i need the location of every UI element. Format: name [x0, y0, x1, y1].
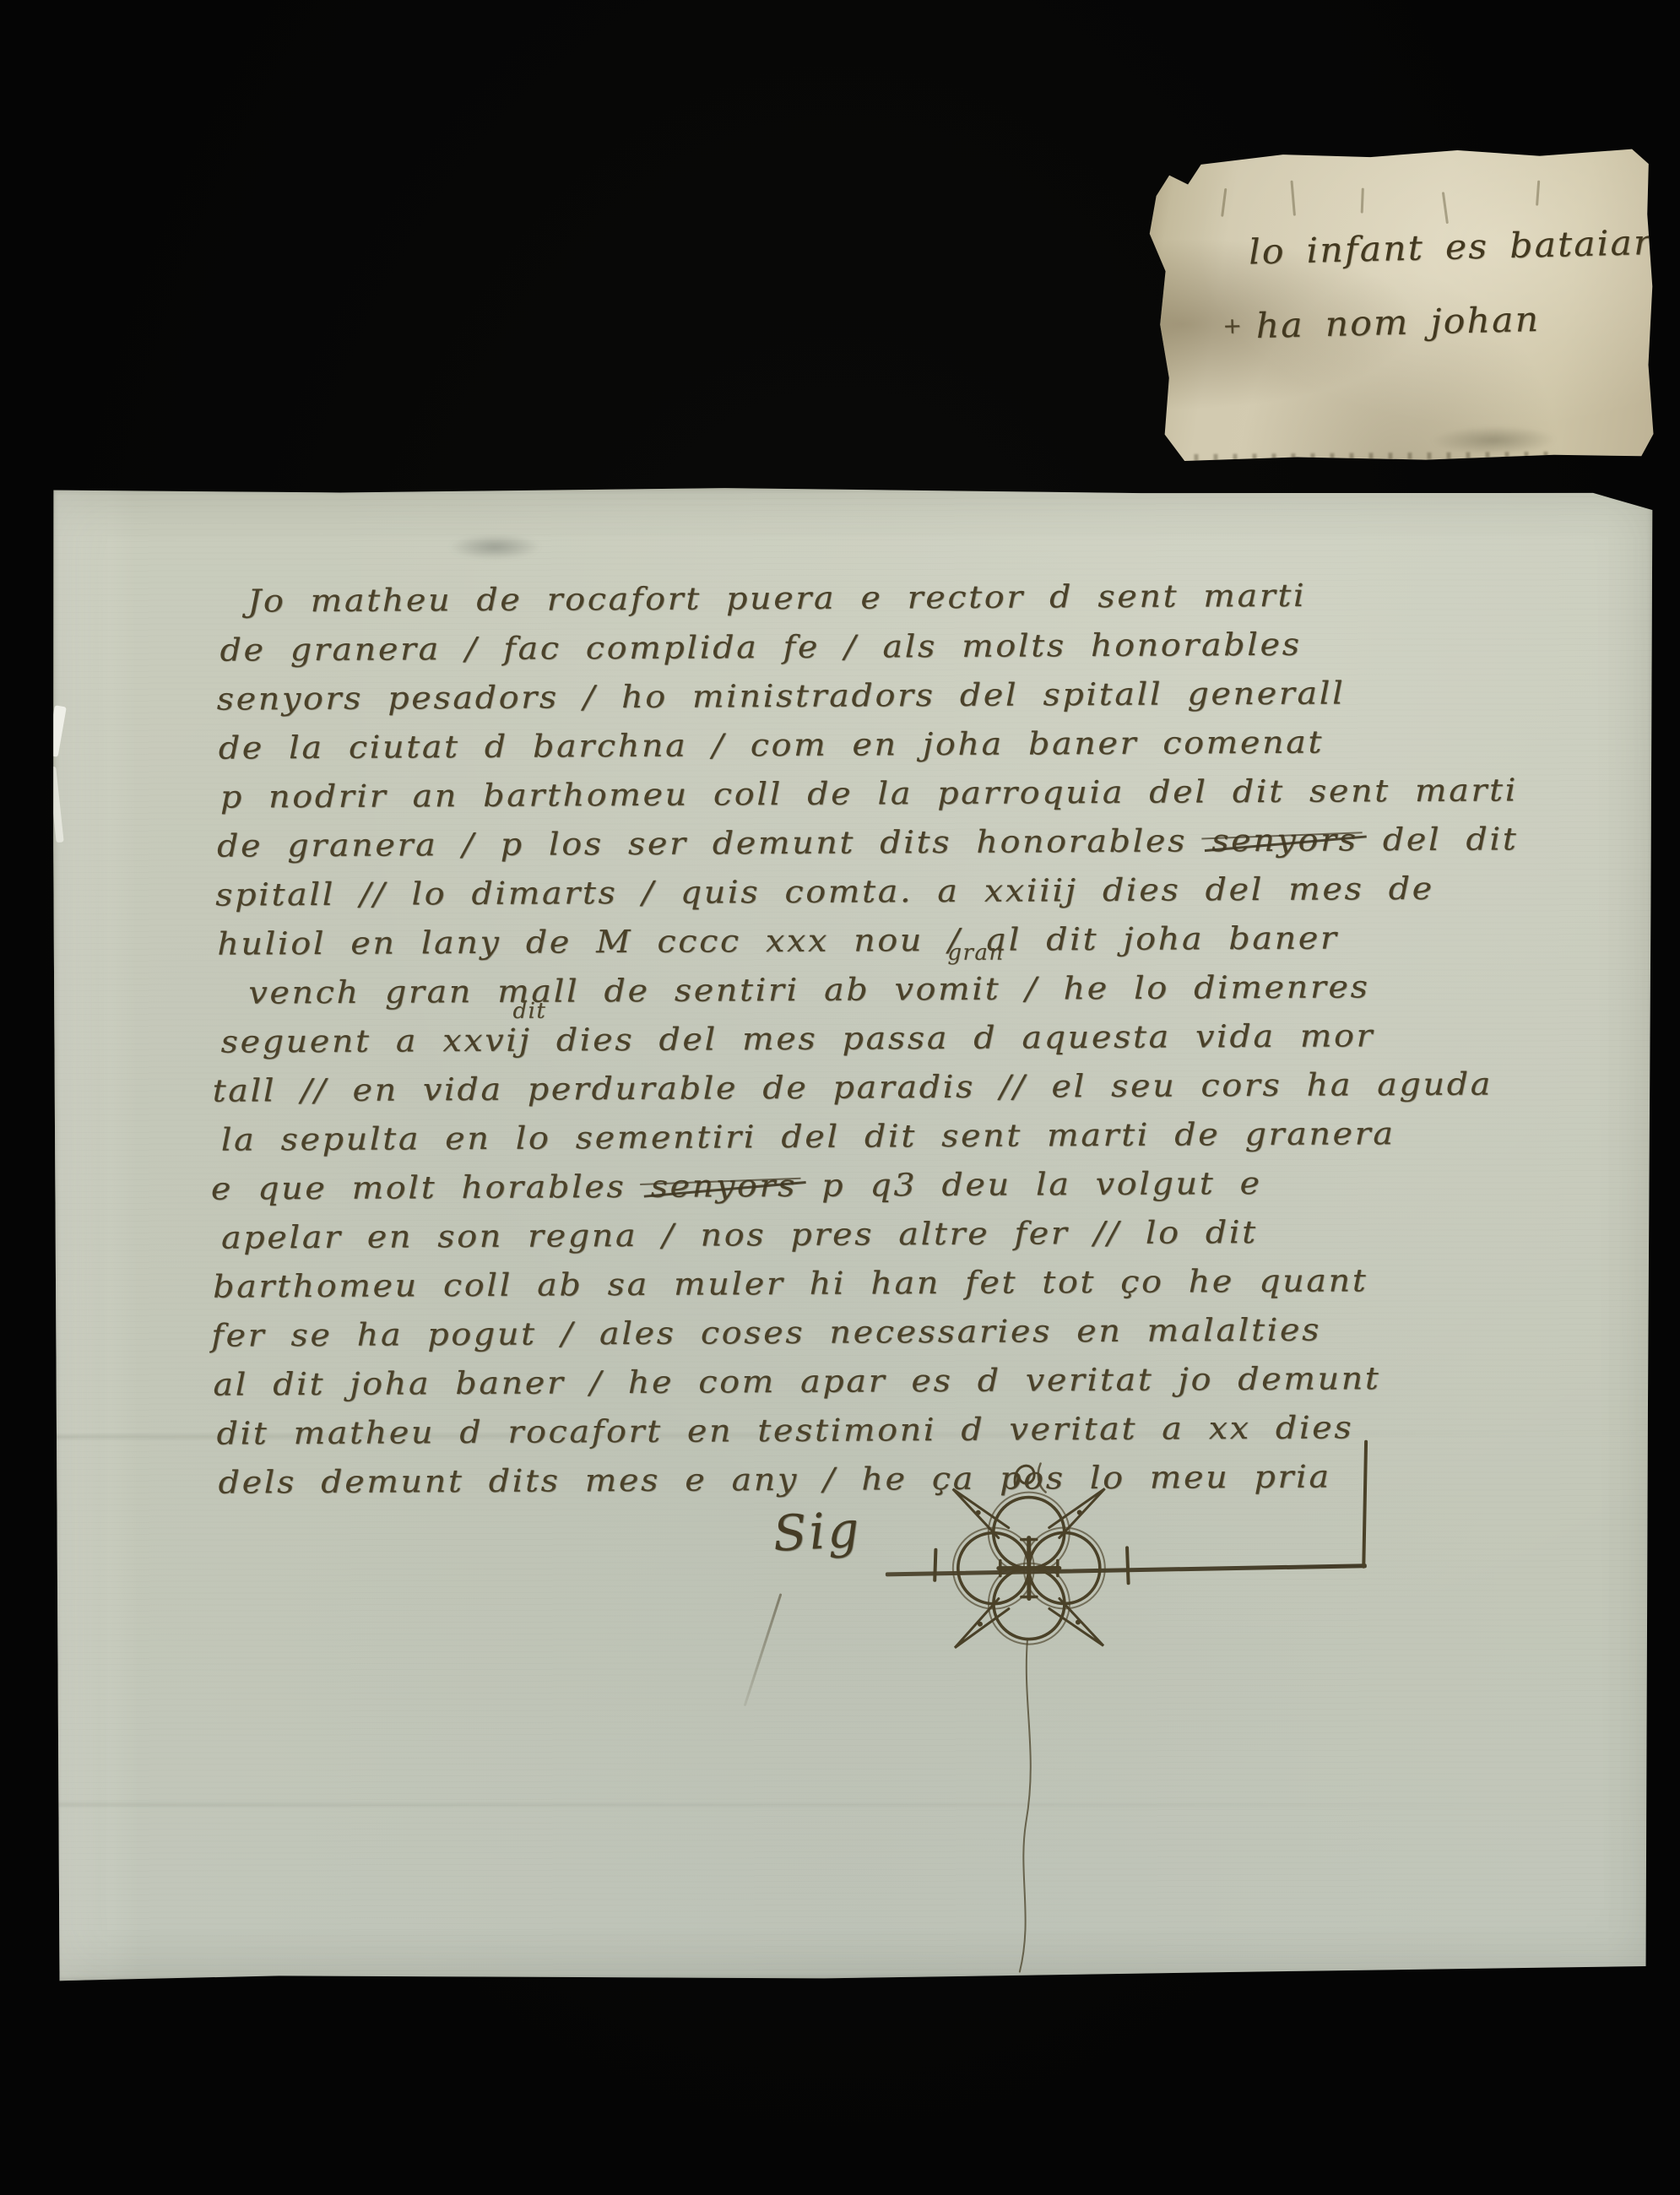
slip-bleed-mark: [1221, 188, 1227, 217]
manuscript-line: la sepulta en lo sementiri del dit sent …: [221, 1108, 1519, 1164]
slip-cross-mark: +: [1222, 313, 1244, 339]
manuscript-text: la sepulta en lo sementiri del dit sent …: [221, 1115, 1395, 1157]
manuscript-text: senyors pesadors / ho ministradors del s…: [217, 675, 1346, 717]
manuscript-text: tall // en vida perdurable de paradis //…: [213, 1065, 1493, 1108]
photograph-black-background: lo infant es bataiar he +ha nom johan Jo…: [0, 0, 1680, 2195]
manuscript-line: dels demunt dits mes e any / he ça pos l…: [218, 1451, 1520, 1507]
manuscript-line: Jo matheu de rocafort puera e rector d s…: [247, 570, 1515, 626]
slip-bleed-mark: [1536, 181, 1540, 206]
paper-slip: lo infant es bataiar he +ha nom johan: [1139, 145, 1656, 466]
manuscript-text: p q3 deu la volgut e: [797, 1165, 1262, 1204]
slip-text-line: +ha nom johan: [1222, 299, 1541, 347]
manuscript-line: spitall // lo dimarts / quis comta. a xx…: [215, 864, 1519, 919]
manuscript-text: huliol en lany de M cccc xxx nou / al di…: [217, 919, 1338, 962]
signum-tick-mark: [933, 1548, 937, 1582]
manuscript-line: p nodrir an barthomeu coll de la parroqu…: [220, 766, 1518, 821]
interlinear-word: gran: [947, 940, 1004, 966]
torn-edge-fiber: [48, 767, 64, 843]
manuscript-text: de granera / p los ser demunt dits honor…: [217, 822, 1211, 864]
manuscript-text: de granera / fac complida fe / als molts…: [219, 626, 1301, 669]
manuscript-text: Jo matheu de rocafort puera e rector d s…: [247, 577, 1306, 620]
slip-bleed-mark: [1442, 192, 1449, 224]
manuscript-line: senyors pesadors / ho ministradors del s…: [217, 668, 1519, 724]
signum-tick-mark: [1125, 1546, 1130, 1585]
manuscript-page: Jo matheu de rocafort puera e rector d s…: [51, 485, 1657, 1982]
manuscript-text: del dit: [1358, 821, 1518, 858]
manuscript-text: de la ciutat d barchna / com en joha ban…: [219, 724, 1325, 767]
manuscript-text: p nodrir an barthomeu coll de la parroqu…: [220, 772, 1518, 815]
manuscript-text: apelar en son regna / nos pres altre fer…: [221, 1214, 1258, 1256]
slip-bleed-mark: [1361, 188, 1364, 214]
slip-bleed-mark: [1290, 181, 1296, 216]
manuscript-text: barthomeu coll ab sa muler hi han fet to…: [213, 1262, 1368, 1304]
manuscript-text: e que molt horables: [211, 1168, 651, 1207]
slip-stain: [1430, 425, 1557, 455]
manuscript-text: seguent a xxvij dies del mes passa d aqu…: [220, 1017, 1374, 1060]
manuscript-line: dit matheu d rocafort en testimoni d ver…: [216, 1402, 1520, 1458]
signum-hairline: [744, 1593, 783, 1706]
manuscript-text: dels demunt dits mes e any / he ça pos l…: [218, 1459, 1330, 1501]
fold-crease: [54, 1803, 1656, 1807]
ink-smudge: [448, 534, 541, 560]
manuscript-text: al dit joha baner / he com apar es d ver…: [213, 1360, 1380, 1402]
manuscript-text: fer se ha pogut / ales coses necessaries…: [211, 1312, 1321, 1354]
struck-word: senyors: [1211, 816, 1358, 865]
manuscript-line: de granera / p los ser demunt dits honor…: [217, 815, 1519, 870]
slip-edge-dirt: [1194, 452, 1548, 461]
notarial-signum-rosette: [928, 1458, 1131, 1982]
manuscript-line: al dit joha baner / he com apar es d ver…: [213, 1353, 1520, 1409]
manuscript-line: apelar en son regna / nos pres altre fer…: [221, 1206, 1519, 1262]
slip-text-line: lo infant es bataiar he: [1248, 220, 1680, 272]
slip-text: ha nom johan: [1255, 299, 1541, 346]
manuscript-text: dit matheu d rocafort en testimoni d ver…: [216, 1409, 1353, 1451]
struck-word: senyors: [650, 1162, 797, 1211]
manuscript-line: fer se ha pogut / ales coses necessaries…: [211, 1304, 1520, 1360]
manuscript-line: de la ciutat d barchna / com en joha ban…: [219, 717, 1519, 772]
manuscript-line: de granera / fac complida fe / als molts…: [219, 619, 1517, 675]
interlinear-word: dit: [512, 999, 546, 1024]
manuscript-line: seguent a xxvij dies del mes passa d aqu…: [220, 1011, 1518, 1066]
manuscript-line: vench gran mall de sentiri ab vomit / he…: [248, 962, 1516, 1017]
manuscript-line: barthomeu coll ab sa muler hi han fet to…: [213, 1255, 1520, 1311]
manuscript-line: tall // en vida perdurable de paradis //…: [212, 1060, 1519, 1115]
manuscript-line: e que molt horables senyors p q3 deu la …: [211, 1157, 1520, 1213]
manuscript-line: huliol en lany de M cccc xxx nou / al di…: [217, 913, 1519, 968]
manuscript-text: vench gran mall de sentiri ab vomit / he…: [248, 968, 1369, 1011]
manuscript-text-block: Jo matheu de rocafort puera e rector d s…: [209, 575, 1434, 1508]
torn-edge-fiber: [46, 705, 67, 757]
manuscript-text: spitall // lo dimarts / quis comta. a xx…: [215, 870, 1434, 913]
signum-label: Sig: [772, 1500, 863, 1563]
